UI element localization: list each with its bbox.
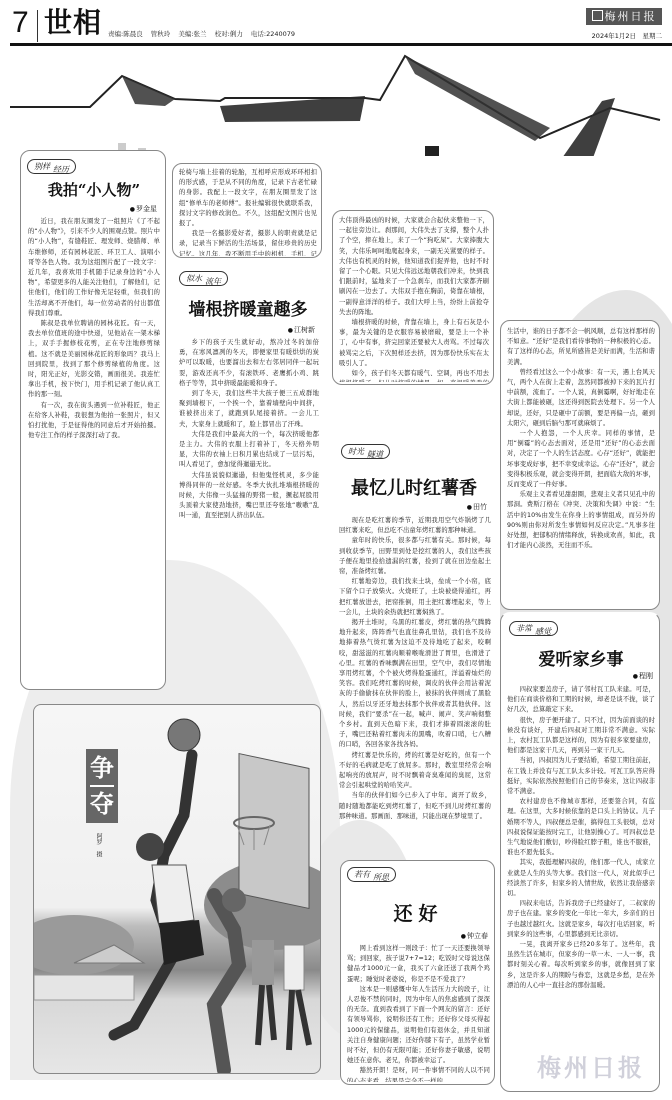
article-qianggen: 似水流年 墙根挤暖童趣多 江树新 乡下的孩子天生就好动，熬冷过冬的加倍勇，在寒风… bbox=[172, 262, 322, 687]
column-tag: 时光隧道 bbox=[341, 444, 390, 459]
basketball-scene-illustration bbox=[34, 705, 321, 1074]
photo-credit: 阿罗 摄 bbox=[94, 833, 102, 857]
article-xiaorenwu: 别样经历 我拍“小人物” 罗金星 近日，我在朋友圈发了一组照片《了不起的“小人物… bbox=[20, 150, 166, 690]
section-title: 世相 bbox=[44, 8, 102, 38]
article-continuation: 轮椅与墙上挂着的轮胎，互相呼应形成环环相扣的形式感，于是从不同的角度，记录下古老… bbox=[172, 163, 322, 258]
article-hongshu: 时光隧道 最忆儿时红薯香 田竹 现在是吃红薯的季节，近期我用空气炸锅烤了几回红薯… bbox=[332, 385, 494, 855]
article-haihao: 若有所思 还好 钟立春 网上看到这样一则段子：忙了一天还要换领导骂；到回家，孩子… bbox=[340, 860, 495, 1085]
credit-editor: 责编:陈晨良 bbox=[108, 30, 143, 38]
photo-title: 争 夺 bbox=[86, 749, 118, 823]
watermark: 梅州日报 bbox=[537, 1048, 645, 1083]
article-headline: 爱听家乡事 bbox=[501, 645, 661, 670]
article-byline: 田竹 bbox=[467, 502, 487, 512]
article-byline: 江树新 bbox=[288, 325, 315, 335]
column-tag: 似水流年 bbox=[179, 271, 228, 286]
masthead: 7 世相 责编:陈晨良 管秋玲 美编:张兰 校对:俐力 电话:2240079 梅… bbox=[0, 0, 672, 46]
credit-editor-2: 管秋玲 bbox=[151, 30, 171, 38]
article-jiaxiang: 非常感觉 爱听家乡事 程刚 四叔家要盖房子，请了邻村瓦工队来建。可是，他们在商谈… bbox=[500, 612, 660, 1092]
credit-phone: 电话:2240079 bbox=[251, 30, 295, 38]
divider bbox=[90, 785, 114, 787]
credit-proofreader: 校对:俐力 bbox=[215, 30, 243, 38]
article-continuation: 大伟顶得最凶的时候，大家就会合起伙来整他一下，一起往旁边让。刹那间，大伟失去了支… bbox=[332, 210, 494, 385]
article-headline: 还好 bbox=[341, 899, 496, 926]
credit-designer: 美编:张兰 bbox=[178, 30, 206, 38]
article-byline: 钟立春 bbox=[461, 931, 488, 941]
newspaper-logo: 梅州日报 bbox=[586, 8, 662, 25]
column-tag: 非常感觉 bbox=[509, 621, 558, 636]
issue-date: 2024年1月2日 星期二 bbox=[592, 31, 662, 40]
roof-banner-illustration bbox=[0, 46, 672, 156]
article-headline: 墙根挤暖童趣多 bbox=[173, 295, 323, 320]
article-byline: 罗金星 bbox=[130, 204, 157, 214]
divider bbox=[37, 10, 38, 42]
article-body: 大伟顶得最凶的时候，大家就会合起伙来整他一下，一起往旁边让。刹那间，大伟失去了支… bbox=[339, 216, 489, 382]
article-continuation: 生活中，谁的日子都不会一帆风顺，总有这样那样的不如意。“还好”是我们看待事物的一… bbox=[500, 320, 660, 610]
article-body: 现在是吃红薯的季节，近期我用空气炸锅烤了几回红薯来吃，但总吃不出童年烤红薯的那种… bbox=[339, 516, 491, 846]
article-body: 轮椅与墙上挂着的轮胎，互相呼应形成环环相扣的形式感，于是从不同的角度，记录下古老… bbox=[179, 168, 317, 256]
article-byline: 程刚 bbox=[633, 671, 653, 681]
page-number: 7 bbox=[12, 8, 29, 38]
article-body: 网上看到这样一则段子：忙了一天还要换领导骂；到回家，孩子说7+7=12；吃饭时父… bbox=[347, 944, 490, 1082]
article-body: 四叔家要盖房子，请了邻村瓦工队来建。可是，他们在商谈价格和工期的时候，却老是谈不… bbox=[507, 685, 655, 1080]
article-body: 近日，我在朋友圈发了一组照片《了不起的“小人物”》，引来不少人的围观点赞。照片中… bbox=[28, 217, 160, 685]
article-headline: 最忆儿时红薯香 bbox=[333, 474, 495, 500]
editor-credits: 责编:陈晨良 管秋玲 美编:张兰 校对:俐力 电话:2240079 bbox=[108, 29, 301, 38]
basketball-photo: 争 夺 阿罗 摄 bbox=[33, 704, 321, 1074]
logo-icon bbox=[592, 10, 603, 21]
column-tag: 别样经历 bbox=[27, 159, 76, 174]
article-body: 乡下的孩子天生就好动，熬冷过冬的加倍勇，在寒风凛冽的冬天，即便家里有暖烘烘的炭炉… bbox=[179, 338, 319, 683]
column-tag: 若有所思 bbox=[347, 867, 396, 882]
article-body: 生活中，谁的日子都不会一帆风顺，总有这样那样的不如意。“还好”是我们看待事物的一… bbox=[507, 327, 655, 607]
article-headline: 我拍“小人物” bbox=[21, 179, 167, 200]
